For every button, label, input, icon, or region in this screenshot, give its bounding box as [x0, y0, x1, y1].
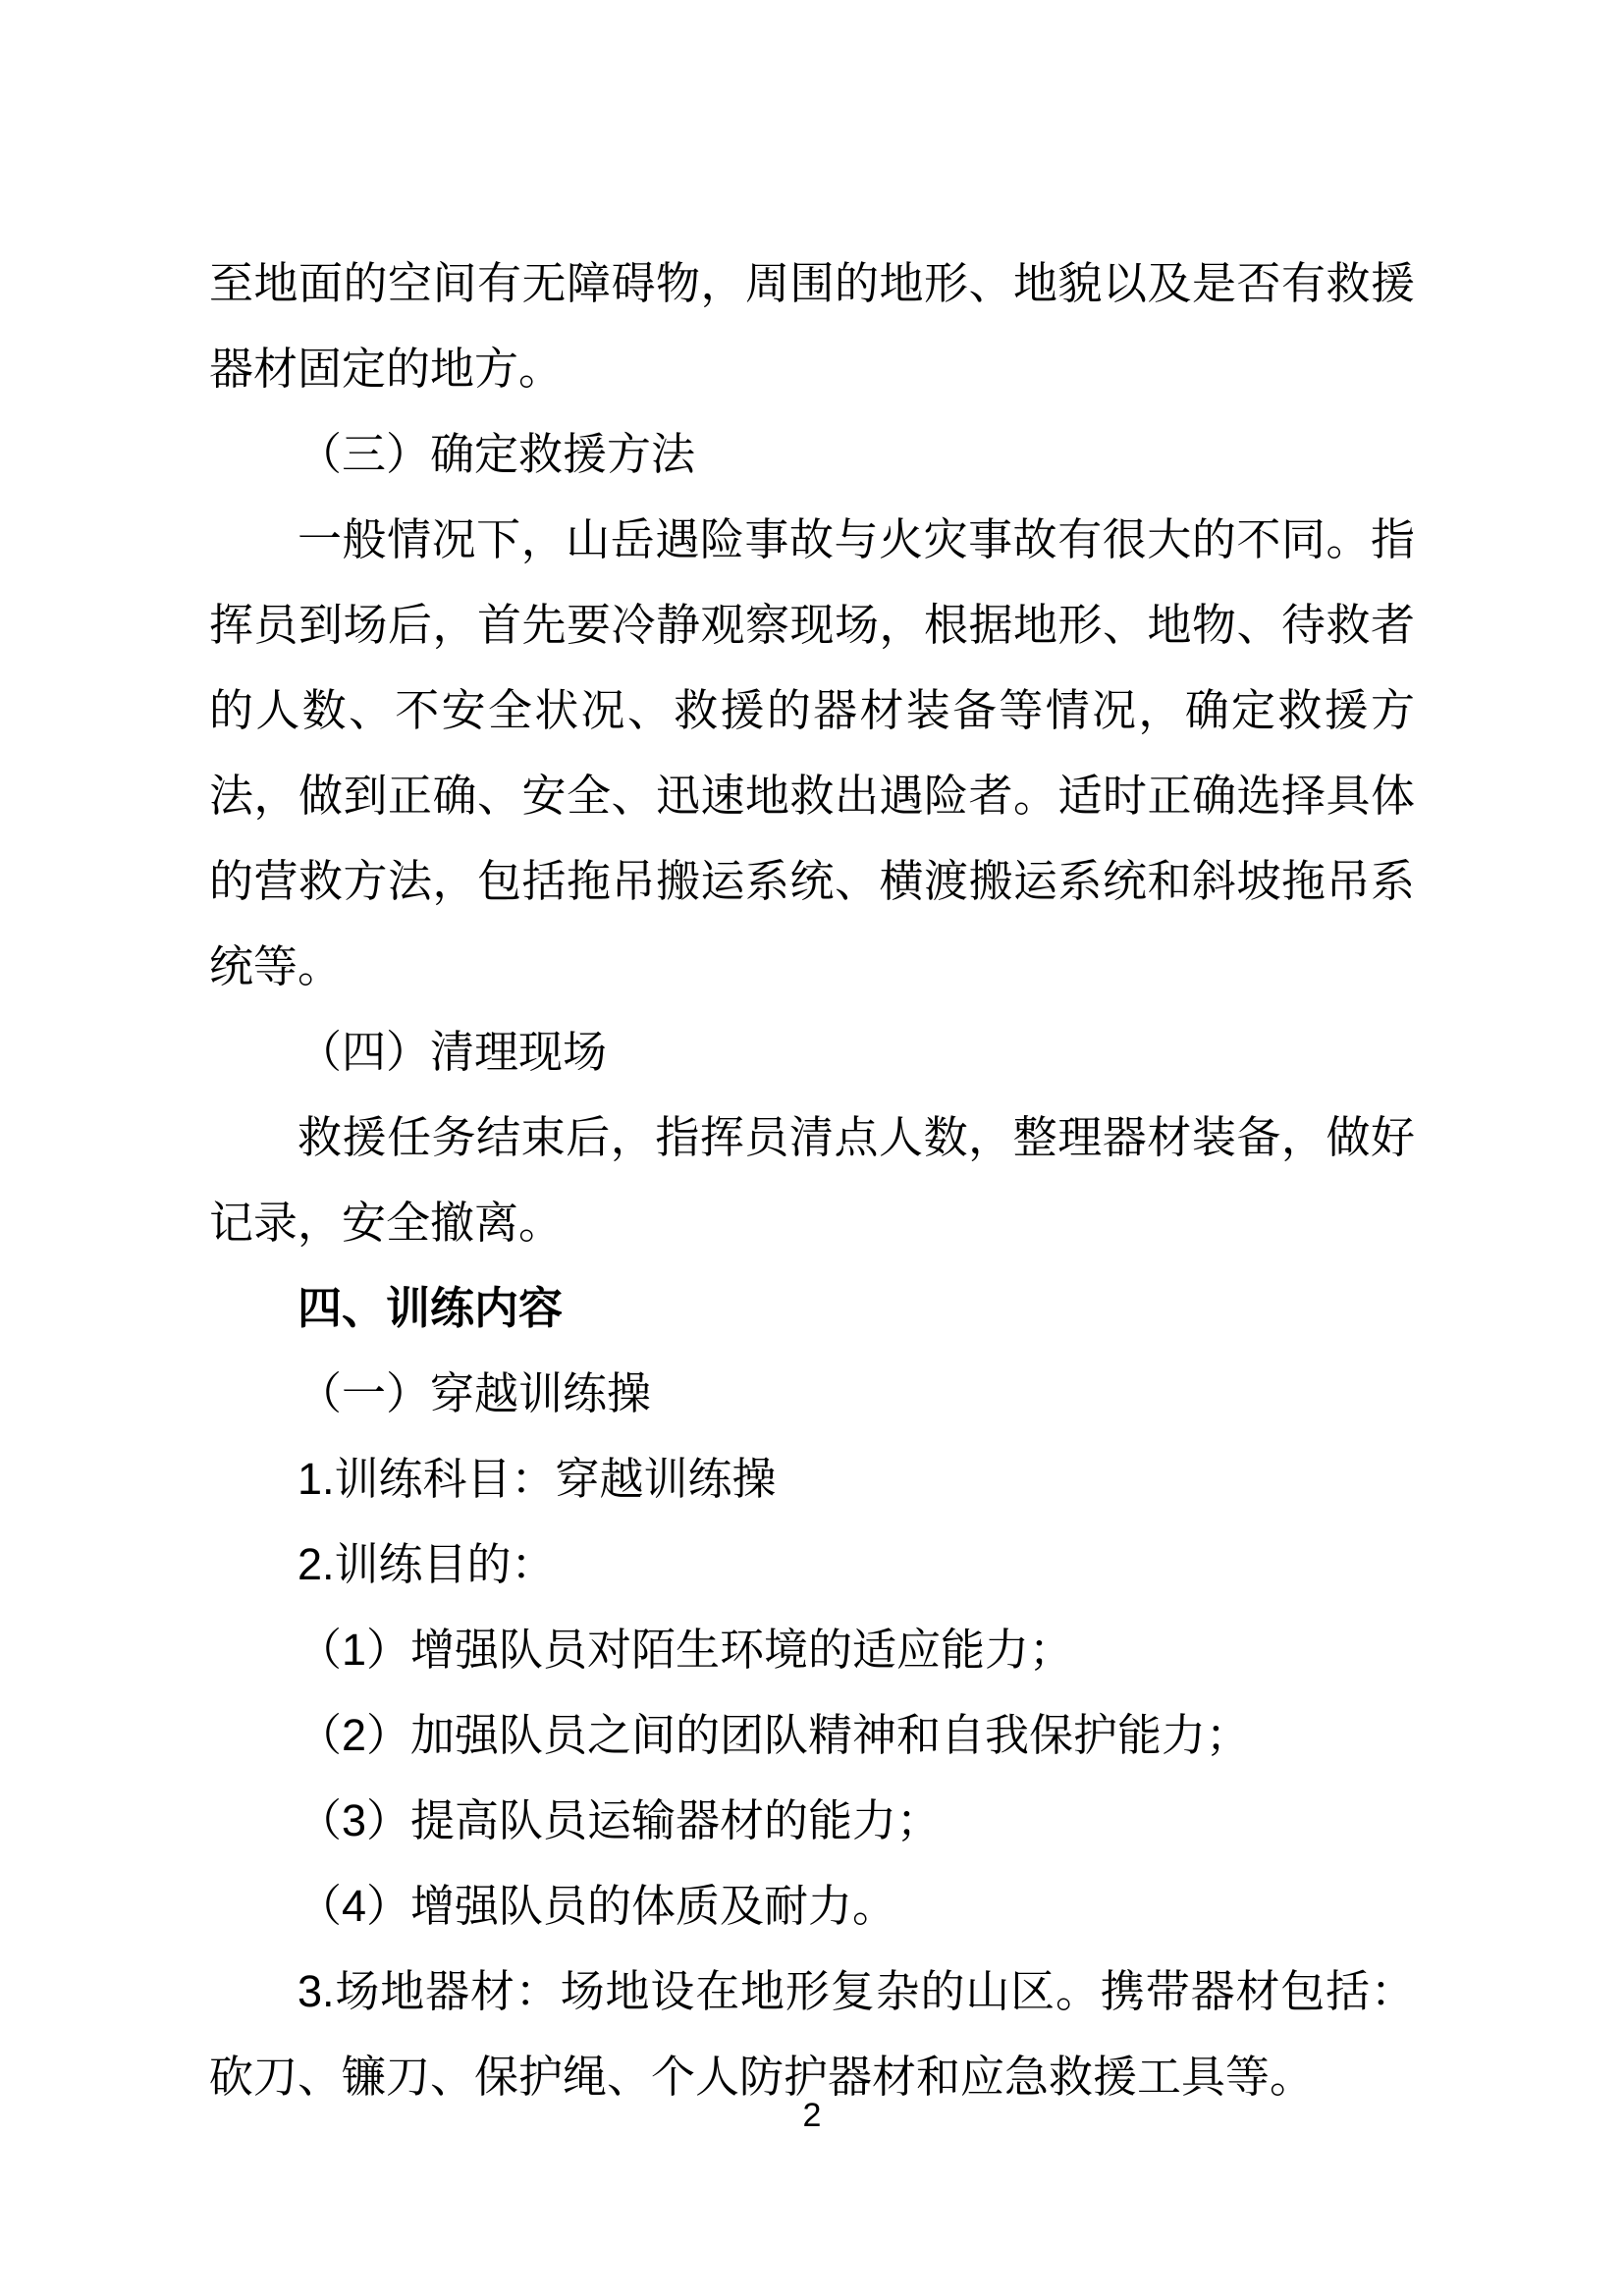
heading-sub-section-3: （三）确定救援方法 [209, 411, 1415, 497]
paragraph-rescue-method: 一般情况下，山岳遇险事故与火灾事故有很大的不同。指挥员到场后，首先要冷静观察现场… [209, 497, 1415, 1009]
heading-sub-section-1-drill: （一）穿越训练操 [209, 1351, 1415, 1436]
paragraph-site-equipment: 3.场地器材：场地设在地形复杂的山区。携带器材包括：砍刀、镰刀、保护绳、个人防护… [209, 1949, 1415, 2119]
paragraph-purpose-item-4: （4）增强队员的体质及耐力。 [209, 1863, 1415, 1949]
paragraph-training-purpose: 2.训练目的： [209, 1522, 1415, 1607]
paragraph-cleanup: 救援任务结束后，指挥员清点人数，整理器材装备，做好记录，安全撤离。 [209, 1095, 1415, 1265]
heading-section-4-training-content: 四、训练内容 [209, 1265, 1415, 1351]
paragraph-purpose-item-3: （3）提高队员运输器材的能力； [209, 1778, 1415, 1863]
paragraph-training-subject: 1.训练科目：穿越训练操 [209, 1436, 1415, 1522]
paragraph-purpose-item-1: （1）增强队员对陌生环境的适应能力； [209, 1607, 1415, 1692]
paragraph-continuation: 至地面的空间有无障碍物，周围的地形、地貌以及是否有救援器材固定的地方。 [209, 240, 1415, 411]
heading-sub-section-4: （四）清理现场 [209, 1009, 1415, 1095]
document-body: 至地面的空间有无障碍物，周围的地形、地貌以及是否有救援器材固定的地方。 （三）确… [209, 240, 1415, 2119]
paragraph-purpose-item-2: （2）加强队员之间的团队精神和自我保护能力； [209, 1692, 1415, 1778]
document-page: 至地面的空间有无障碍物，周围的地形、地貌以及是否有救援器材固定的地方。 （三）确… [0, 0, 1624, 2296]
page-number: 2 [0, 2095, 1624, 2136]
